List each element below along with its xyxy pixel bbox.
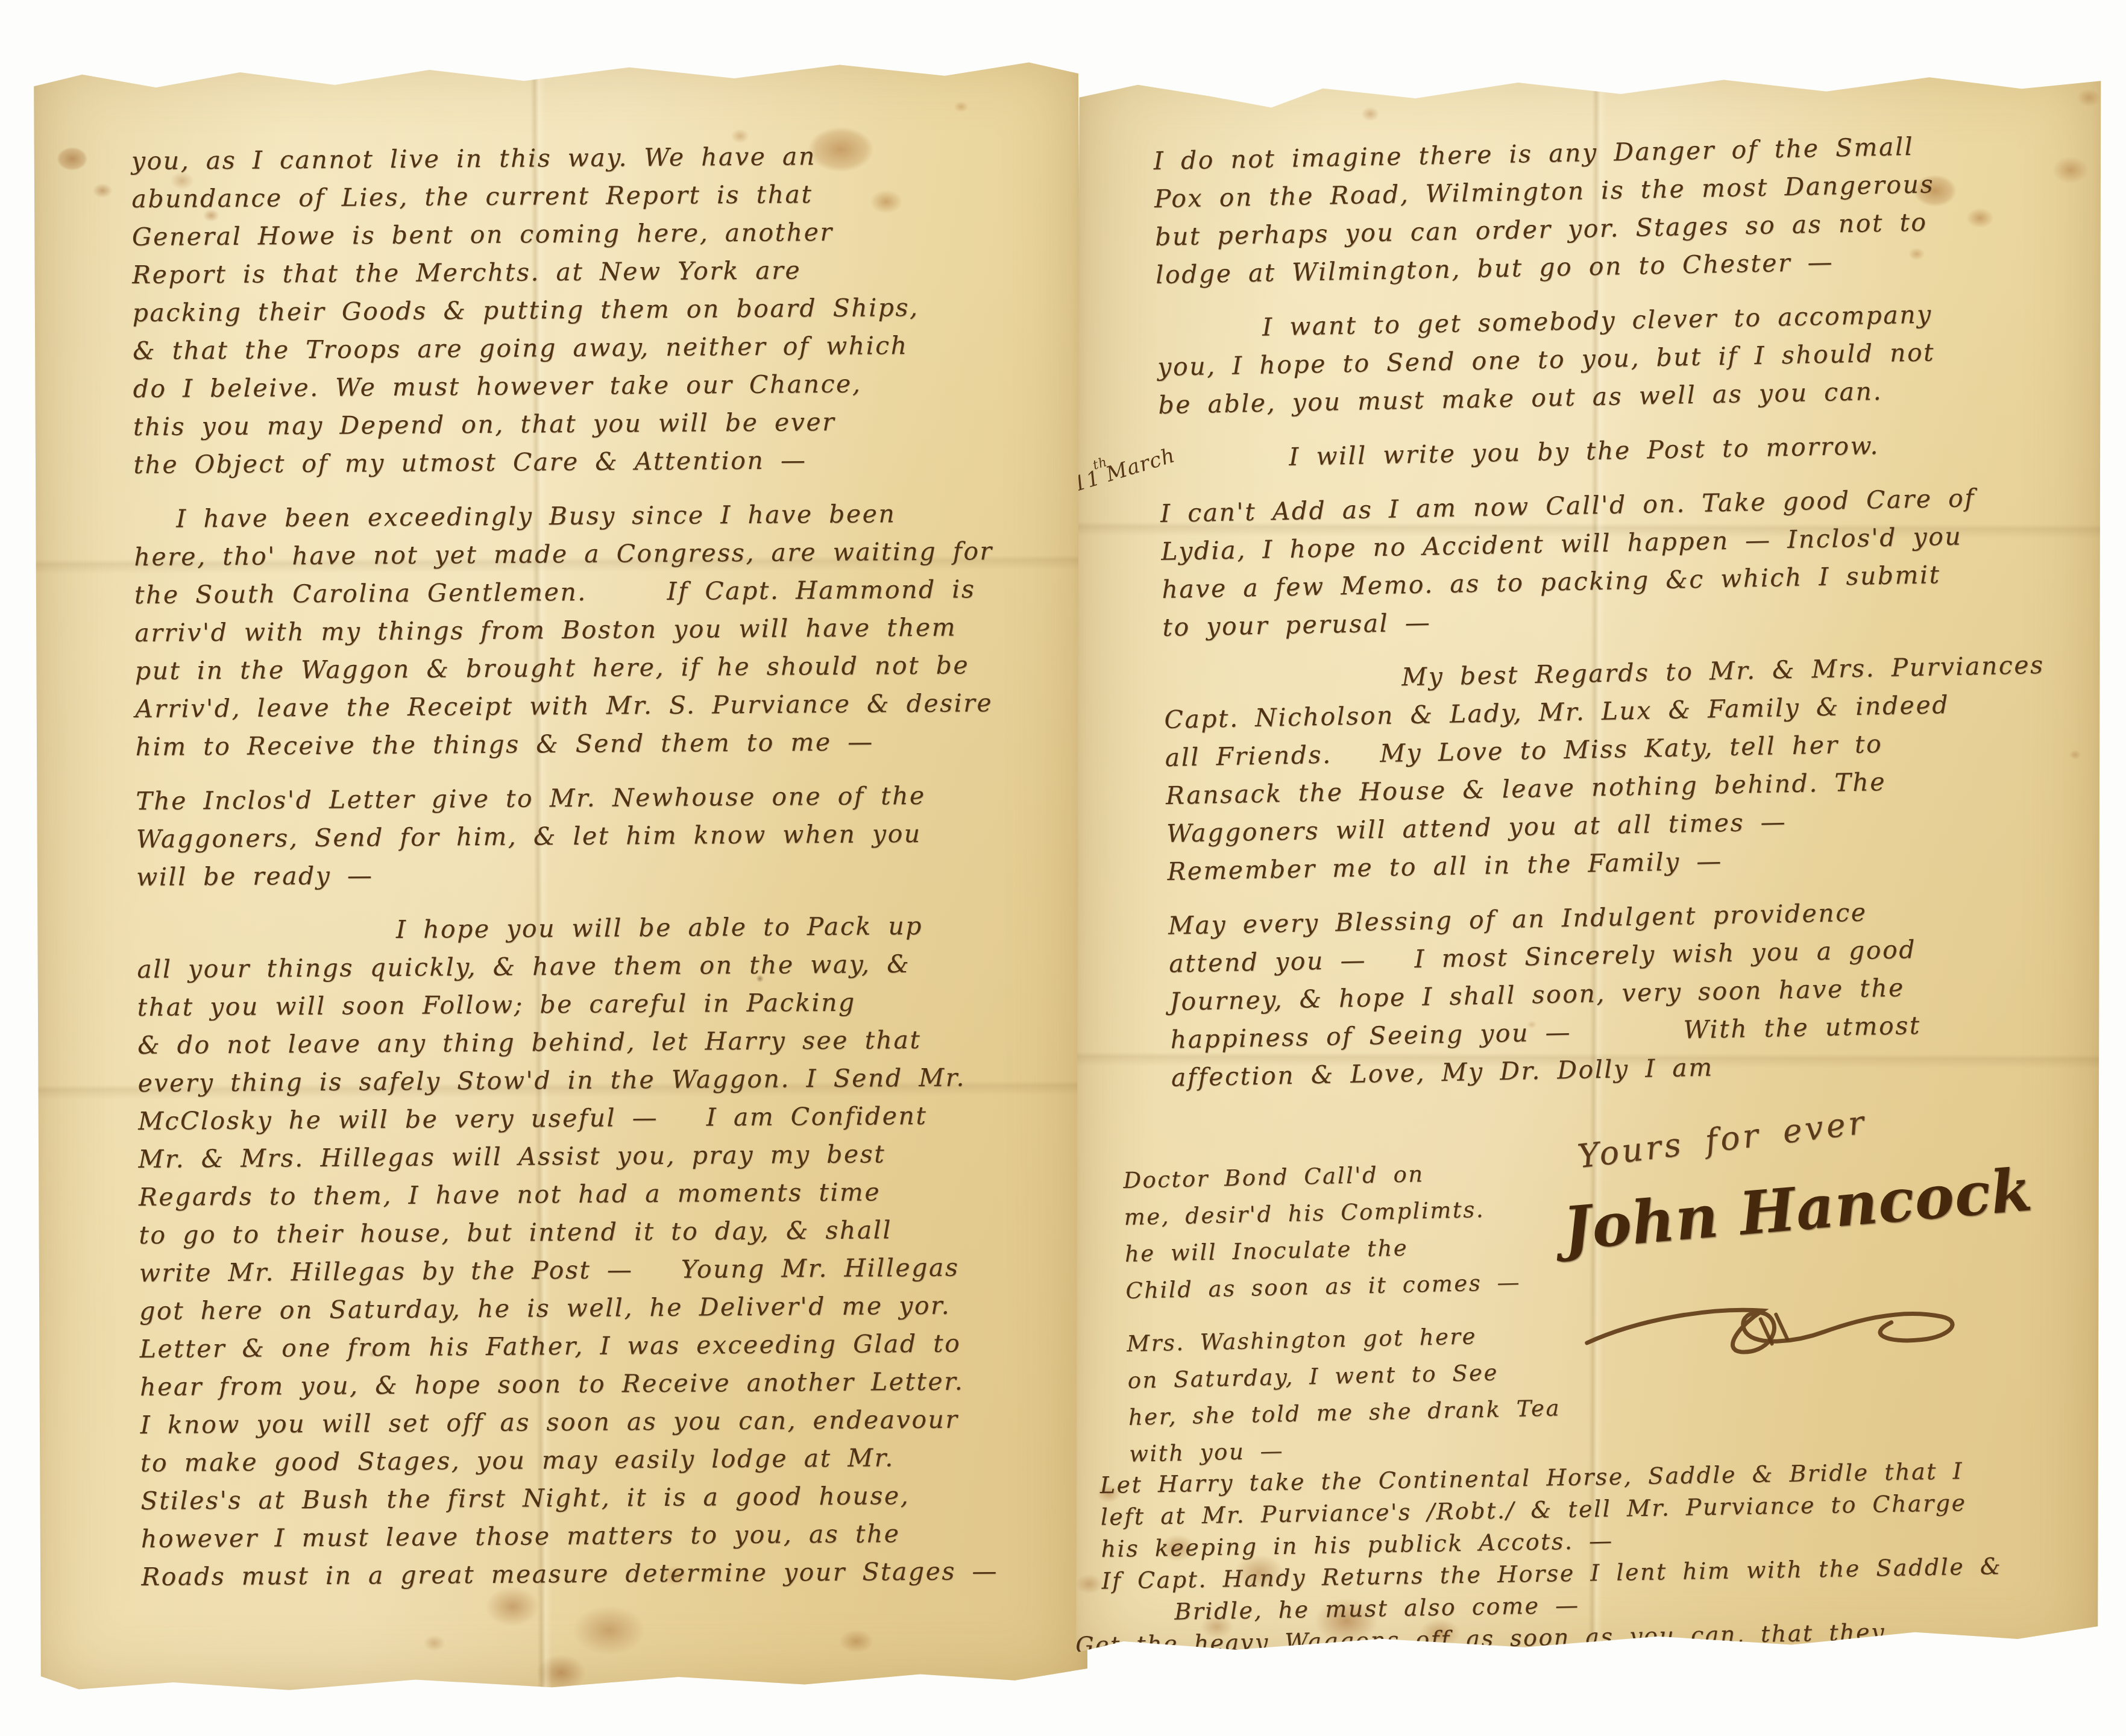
letter-page-right: I do not imagine there is any Danger of … <box>1072 59 2104 1668</box>
handwritten-line: do I beleive. We must however take our C… <box>133 363 1053 408</box>
handwritten-line: I hope you will be able to Pack up <box>137 906 1057 951</box>
handwritten-line: General Howe is bent on coming here, ano… <box>132 212 1052 256</box>
letter-page-left: you, as I cannot live in this way. We ha… <box>30 49 1089 1696</box>
postscript-bottom-lines: Let Harry take the Continental Horse, Sa… <box>1099 1453 2087 1661</box>
handwritten-line: got here on Saturday, he is well, he Del… <box>139 1286 1060 1330</box>
handwritten-line: to go to their house, but intend it to d… <box>139 1210 1059 1254</box>
right-page-text: I do not imagine there is any Danger of … <box>1153 125 2100 1097</box>
handwritten-line: hear from you, & hope soon to Receive an… <box>140 1362 1060 1406</box>
handwritten-line: arriv'd with my things from Boston you w… <box>134 608 1055 652</box>
handwritten-line: the Object of my utmost Care & Attention… <box>133 439 1054 484</box>
letter-spread: you, as I cannot live in this way. We ha… <box>0 0 2126 1736</box>
handwritten-line: him to Receive the things & Send them to… <box>135 722 1055 766</box>
handwritten-line: here, tho' have not yet made a Congress,… <box>134 532 1054 576</box>
signature-flourish-icon <box>1579 1260 1970 1382</box>
handwritten-line: will be ready — <box>136 852 1057 896</box>
handwritten-line: I will write you by the Post to morrow. <box>1159 423 2089 479</box>
left-page-text: you, as I cannot live in this way. We ha… <box>131 136 1062 1596</box>
handwritten-line: Mr. & Mrs. Hillegas will Assist you, pra… <box>138 1134 1058 1178</box>
handwritten-line: this you may Depend on, that you will be… <box>133 401 1054 446</box>
handwritten-line: & do not leave any thing behind, let Har… <box>137 1020 1058 1065</box>
handwritten-line: you, as I cannot live in this way. We ha… <box>131 136 1052 180</box>
handwritten-line: to make good Stages, you may easily lodg… <box>140 1438 1061 1482</box>
handwritten-line: write Mr. Hillegas by the Post — Young M… <box>139 1248 1060 1292</box>
handwritten-line: The Inclos'd Letter give to Mr. Newhouse… <box>136 776 1056 820</box>
handwritten-line: packing their Goods & putting them on bo… <box>132 288 1052 332</box>
handwritten-line: Arriv'd, leave the Receipt with Mr. S. P… <box>135 684 1055 728</box>
handwritten-line: all your things quickly, & have them on … <box>137 944 1057 989</box>
handwritten-line: Roads must in a great measure determine … <box>141 1552 1061 1596</box>
john-hancock-signature: John Hancock <box>1561 1155 2035 1264</box>
handwritten-line: I know you will set off as soon as you c… <box>140 1400 1060 1444</box>
postscript-column: Doctor Bond Call'd onme, desir'd his Com… <box>1123 1153 1562 1473</box>
handwritten-line: every thing is safely Stow'd in the Wagg… <box>137 1058 1058 1102</box>
handwritten-line: that you will soon Follow; be careful in… <box>137 982 1058 1027</box>
handwritten-line: Report is that the Merchts. at New York … <box>132 250 1052 294</box>
handwritten-line: McClosky he will be very useful — I am C… <box>138 1096 1058 1140</box>
handwritten-line: Regards to them, I have not had a moment… <box>139 1172 1059 1216</box>
handwritten-line: put in the Waggon & brought here, if he … <box>135 646 1055 690</box>
handwritten-line: I have been exceedingly Busy since I hav… <box>134 494 1054 538</box>
handwritten-line: however I must leave those matters to yo… <box>141 1514 1061 1558</box>
handwritten-line: & that the Troops are going away, neithe… <box>133 325 1053 370</box>
handwritten-line: Waggoners, Send for him, & let him know … <box>136 814 1057 858</box>
handwritten-line: abundance of Lies, the current Report is… <box>131 174 1052 218</box>
handwritten-line: Stiles's at Bush the first Night, it is … <box>140 1476 1061 1520</box>
handwritten-line: Letter & one from his Father, I was exce… <box>139 1324 1060 1368</box>
handwritten-line: the South Carolina Gentlemen. If Capt. H… <box>134 570 1055 614</box>
valediction: Yours for ever <box>1576 1103 1869 1175</box>
